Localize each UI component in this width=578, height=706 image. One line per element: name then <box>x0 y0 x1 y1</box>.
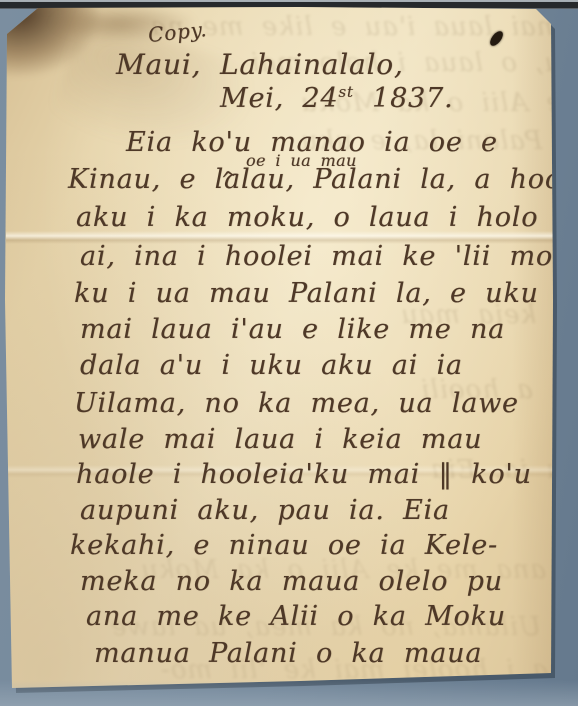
scan-background: mai laua i'au e like me na aku i ka moku… <box>0 0 578 706</box>
date-year: 1837. <box>354 83 454 114</box>
place-line: Maui, Lahainalalo, <box>116 48 404 81</box>
date-ordinal: st <box>338 83 353 101</box>
date-day: Mei, 24 <box>220 83 338 114</box>
date-line: Mei, 24st 1837. <box>220 83 453 114</box>
letter-line: haole i hooleia'ku mai ‖ ko'u <box>76 459 532 490</box>
letter-line: ana me ke Alii o ka Moku <box>86 601 506 632</box>
letter-line: kekahi, e ninau oe ia Kele- <box>70 530 498 561</box>
scanned-letter-page: mai laua i'au e like me na aku i ka moku… <box>0 0 578 706</box>
letter-line: dala a'u i uku aku ai ia <box>80 350 463 381</box>
letter-line: manua Palani o ka maua <box>94 638 482 669</box>
copy-annotation: Copy. <box>147 17 208 47</box>
letter-line: wale mai laua i keia mau <box>78 424 482 455</box>
letter-line: aupuni aku, pau ia. Eia <box>80 495 450 526</box>
letter-line: meka no ka maua olelo pu <box>80 566 503 597</box>
letter-line: mai laua i'au e like me na <box>80 314 505 345</box>
letter-line: ai, ina i hoolei mai ke 'lii mo- <box>80 241 563 272</box>
letter-line: Kinau, e lalau, Palani la, a hooili <box>68 164 578 195</box>
letter-line: ku i ua mau Palani la, e uku <box>74 278 539 309</box>
letter-line: Uilama, no ka mea, ua lawe <box>74 388 519 419</box>
letter-line: aku i ka moku, o laua i holo mai <box>76 202 578 233</box>
edge-stain <box>512 0 558 706</box>
